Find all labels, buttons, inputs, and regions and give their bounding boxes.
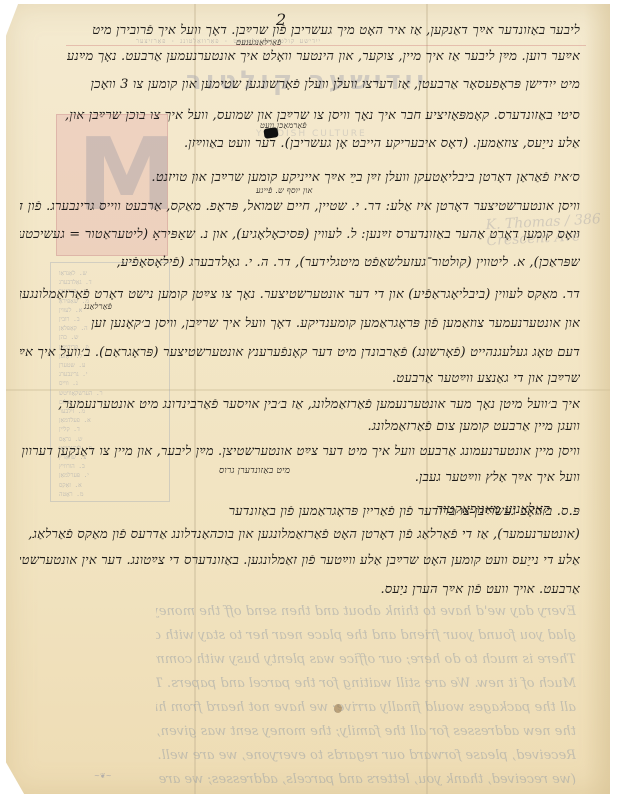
handwritten-line: מיט ייִדישן פּראָפעסאָר אַרבעטן, אַז דער… <box>91 76 580 92</box>
handwritten-line: דעם טאָג געלעגנהייט (פֿאָרשונג) פֿאַרבונ… <box>20 344 580 360</box>
letterhead-band: ייִדישע קולטור־געזעלשאַפט · פאַרוואַלטונ… <box>136 38 576 44</box>
bleed-line: the new addresses for all the family; th… <box>156 724 576 739</box>
handwritten-line: וואָס קומען דאָרט אַהער באַזונדערס זײַנע… <box>20 226 580 242</box>
interlinear-insertion: מיט באַזונדערן גרוס <box>219 465 290 476</box>
handwritten-line: אײַער רוען. מײַן ליבער אַז איך מיין, צוק… <box>67 48 580 64</box>
handwritten-line: ליבער באַזונדער אײַך דאַנקען, אַז איר הא… <box>92 22 580 38</box>
letterhead-name-entry: י. פּערלמאַן <box>59 471 169 480</box>
bleed-line: Every day we'd have to think about and t… <box>156 604 576 619</box>
handwritten-line: איך ב׳וועל מיטן נאָך מער אונטערנעמען פֿא… <box>58 396 580 412</box>
bleed-line: all the packages would finally arrive; w… <box>156 700 576 715</box>
ornament-icon: ~❦~ <box>94 772 112 780</box>
letterhead-name-entry: א. פעלדמאַן <box>59 416 169 425</box>
letterhead-name-entry: ש. כהן <box>59 333 169 342</box>
handwritten-line: וועל איך אײַך אַלץ ווײַטער געבן. <box>415 469 580 485</box>
handwritten-line: און אונטערנעמער צוזאַמען פֿון פּראָגראַמ… <box>91 315 580 331</box>
letterhead-name-entry: ש. לאַנדאַו <box>59 269 169 278</box>
bleed-line: Received, please forward our regards to … <box>156 748 576 763</box>
page-edge-shadow <box>584 4 610 794</box>
handwritten-line: וועגן מיין אַרבעט קומען צום פֿאַרזאַמלונ… <box>368 418 580 434</box>
letterhead-name-entry: ד. קליין <box>59 425 169 434</box>
interlinear-insertion: און יוסף ש. פֿייגע <box>256 186 313 195</box>
bleed-line: Much of it new. We are still waiting for… <box>156 676 576 691</box>
letterhead-name-entry: נ. ווייס <box>59 379 169 388</box>
handwritten-line: שרײַבן און די גאַנצע ווײַטער אַרבעט. <box>392 370 580 386</box>
interlinear-insertion: פֿאַרמאַכן וועט <box>260 121 307 130</box>
letterhead-name-entry: א. זאַקס <box>59 481 169 490</box>
letterhead-rule <box>66 45 586 46</box>
letter-page: ייִדישע קולטור־געזעלשאַפט · פאַרוואַלטונ… <box>6 4 610 794</box>
handwritten-line: (אונטערנעמער), אַז די פֿאַרלאַג פֿון דאָ… <box>28 526 580 542</box>
bleed-line: glad you found your friend and the place… <box>156 628 576 643</box>
handwritten-line: שפּראַכן), א. ליטווין (קולטור־געזעלשאַפֿ… <box>117 254 580 270</box>
handwritten-line: וויסן אונטערשטיצער דאָרטן איז אַלע: דר. … <box>20 198 580 214</box>
letterhead-name-entry: א. לעווין <box>59 306 169 315</box>
handwritten-line: אַלע די נייַעס וועט קומען האָט שרײַבן אַ… <box>20 552 580 568</box>
handwritten-line: סיטי באַזונדערס. קאָמפּאָזיציע חבר איך נ… <box>65 107 580 123</box>
handwritten-line: ס׳איז פֿאַראַן דאָרטן ביבליאָטעקן וועלן … <box>151 169 580 185</box>
letterhead-name-entry: ע. שטערן <box>59 361 169 370</box>
handwritten-line: אַרבעט. אויך וועט פֿון אײַך הערן ניַעס. <box>380 581 580 597</box>
interlinear-insertion: פֿאַרלאַנגענעם <box>236 38 282 47</box>
letterhead-name-entry: מ. ראָטה <box>59 490 169 499</box>
bleed-line: There is much to do here; our office was… <box>156 652 576 667</box>
letterhead-name-entry: י. גרינבערג <box>59 370 169 379</box>
letterhead-name-entry: ב. הורוויץ <box>59 462 169 471</box>
handwritten-line: דר. מאַקס לעווין (ביבליאָגראַפֿיע) און ד… <box>20 286 580 302</box>
paper-stain <box>334 704 342 713</box>
handwritten-line: אַלע נייַעס, צוזאַמען. (דאָס איבעריקע הי… <box>184 135 580 151</box>
handwritten-line: וויסן מיין אונטערנעמונג אַרבעט וועל איך … <box>22 443 580 459</box>
bleed-line: (we received, thank you, letters and par… <box>156 772 576 787</box>
handwritten-line: פּ.ס. ב׳האָב געשריבן צו ברודער פֿון פֿאַ… <box>166 503 580 519</box>
interlinear-insertion: פֿאַרלאַנג <box>84 302 112 311</box>
